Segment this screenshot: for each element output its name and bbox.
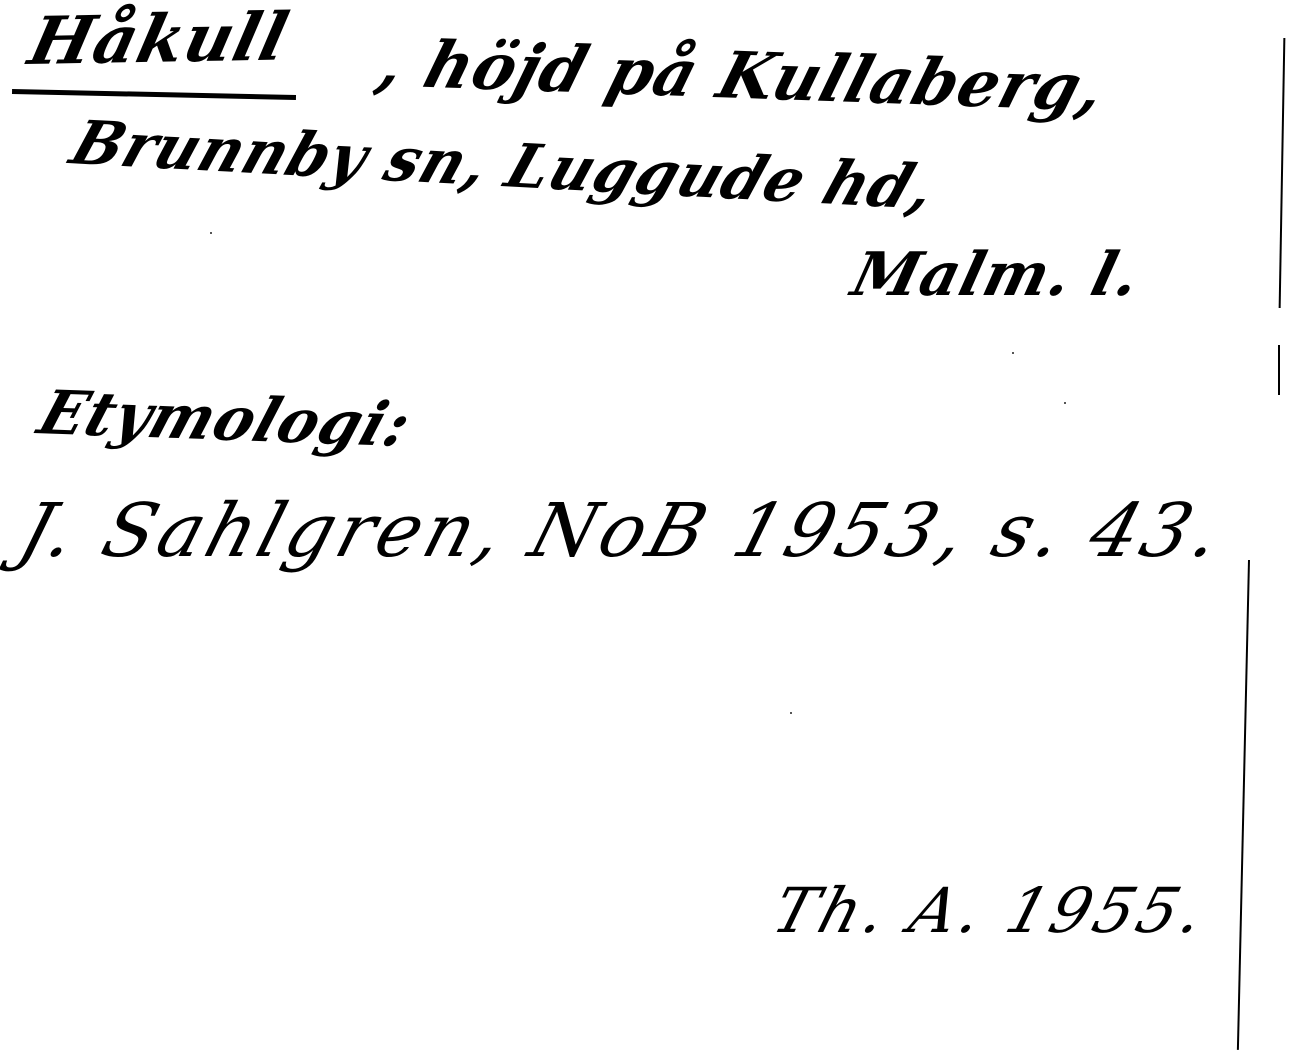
scan-speck xyxy=(1064,402,1066,404)
card-edge-line xyxy=(1278,345,1280,395)
etymology-label: Etymologi: xyxy=(30,378,420,461)
signature: Th. A. 1955. xyxy=(765,874,1216,947)
headword: Håkull xyxy=(22,0,296,80)
description-line-1: , höjd på Kullaberg, xyxy=(370,26,1114,126)
scan-speck xyxy=(210,232,212,234)
scan-speck xyxy=(790,712,792,714)
card-edge-line xyxy=(1237,560,1250,1050)
card-edge-line xyxy=(1279,38,1286,308)
headword-underline xyxy=(12,89,296,100)
description-line-2: Brunnby sn, Luggude hd, xyxy=(62,108,945,224)
archive-card: Håkull , höjd på Kullaberg, Brunnby sn, … xyxy=(0,0,1296,1058)
etymology-reference: J. Sahlgren, NoB 1953, s. 43. xyxy=(10,488,1234,574)
description-line-3: Malm. l. xyxy=(845,240,1147,310)
scan-speck xyxy=(1012,352,1014,354)
